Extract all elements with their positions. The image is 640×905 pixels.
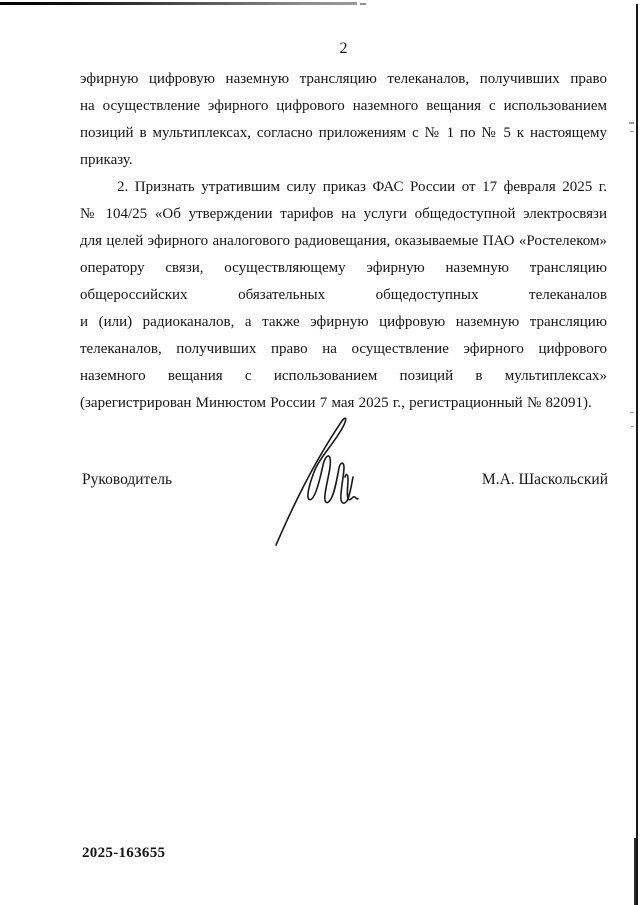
text-line: и (или) радиоканалов, а также эфирную ци… [80,309,607,336]
scan-artifact-bottom [634,838,636,905]
text-line: оператору связи, осуществляющему эфирную… [80,255,607,282]
scan-artifact-right-line [636,4,638,905]
text-line: эфирную цифровую наземную трансляцию тел… [80,66,607,93]
footer-document-code: 2025-163655 [82,844,165,862]
scan-artifact-tick [629,122,634,124]
document-body: эфирную цифровую наземную трансляцию тел… [80,66,607,417]
text-line: телеканалов, получивших право на осущест… [80,336,607,363]
text-line: наземного вещания с использованием позиц… [80,363,607,390]
text-line: общероссийских обязательных общедоступны… [80,282,607,309]
scan-artifact-top-line [0,2,357,5]
scan-artifact-tick [630,131,634,132]
signature-signer-name: М.А. Шаскольский [80,471,608,489]
text-line: позиций в мультиплексах, согласно прилож… [80,120,607,147]
page-number: 2 [80,40,607,58]
text-line: приказу. [80,147,607,174]
scan-artifact-tick [631,426,634,427]
scan-artifact-top-dash [360,3,366,5]
text-line: № 104/25 «Об утверждении тарифов на услу… [80,201,607,228]
text-line: для целей эфирного аналогового радиовеща… [80,228,607,255]
scan-artifact-tick [630,412,634,413]
text-line: на осуществление эфирного цифрового назе… [80,93,607,120]
document-page: 2 эфирную цифровую наземную трансляцию т… [0,0,640,905]
text-line: 2. Признать утратившим силу приказ ФАС Р… [80,174,607,201]
